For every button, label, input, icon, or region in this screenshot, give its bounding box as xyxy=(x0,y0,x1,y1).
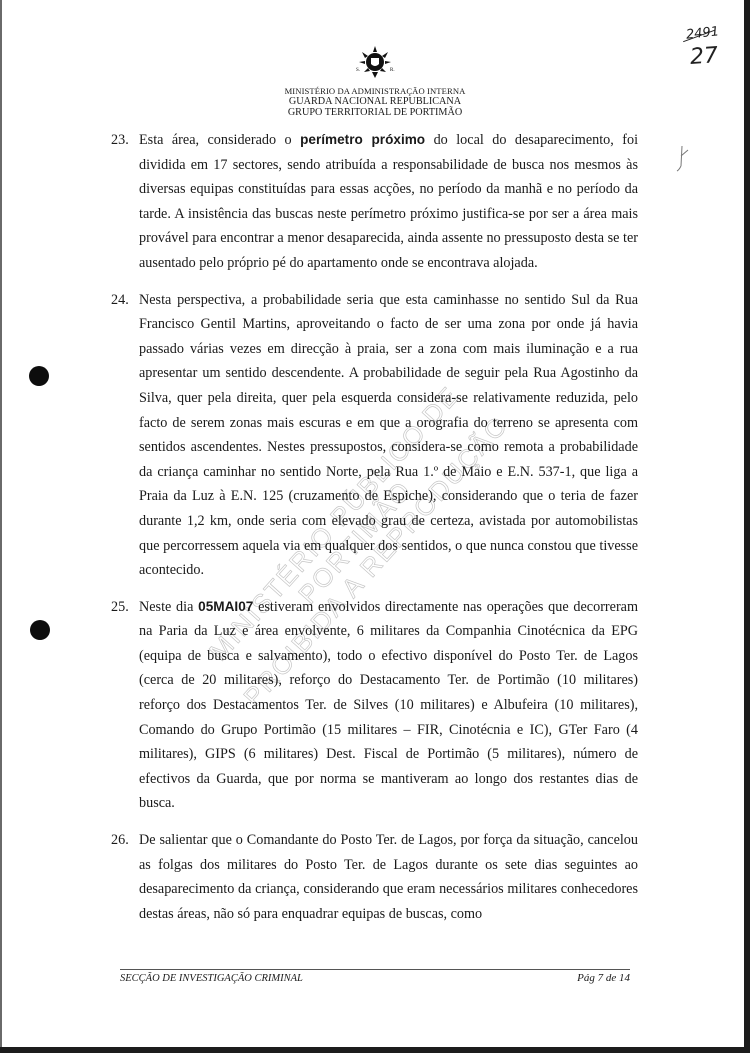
unit-name: GRUPO TERRITORIAL DE PORTIMÃO xyxy=(0,107,750,118)
handwritten-struck-number: 2491 xyxy=(685,24,719,42)
bold-term: perímetro próximo xyxy=(300,132,425,147)
organization-name: GUARDA NACIONAL REPUBLICANA xyxy=(0,96,750,107)
punch-hole-icon xyxy=(30,620,50,640)
paragraph-number: 26. xyxy=(111,828,129,853)
scan-edge-right xyxy=(744,0,750,1053)
paragraph-number: 25. xyxy=(111,595,129,620)
letterhead: S. R. MINISTÉRIO DA ADMINISTRAÇÃO INTERN… xyxy=(0,44,750,118)
paragraph-number: 23. xyxy=(111,128,129,153)
republic-crest-icon: S. R. xyxy=(350,44,400,84)
punch-hole-icon xyxy=(29,366,49,386)
scan-edge-bottom xyxy=(0,1047,750,1053)
footer-section: SECÇÃO DE INVESTIGAÇÃO CRIMINAL xyxy=(120,973,303,984)
footer-divider xyxy=(120,969,630,970)
scan-edge-left xyxy=(0,0,2,1053)
paragraph-23: 23. Esta área, considerado o perímetro p… xyxy=(111,128,638,276)
paragraph-number: 24. xyxy=(111,288,129,313)
bold-date: 05MAI07 xyxy=(198,599,253,614)
paragraph-26: 26. De salientar que o Comandante do Pos… xyxy=(111,828,638,926)
svg-text:S.: S. xyxy=(356,68,360,73)
ministry-name: MINISTÉRIO DA ADMINISTRAÇÃO INTERNA xyxy=(0,86,750,96)
svg-text:R.: R. xyxy=(390,68,395,73)
paragraph-24: 24. Nesta perspectiva, a probabilidade s… xyxy=(111,288,638,583)
paragraph-25: 25. Neste dia 05MAI07 estiveram envolvid… xyxy=(111,595,638,816)
margin-initial-mark-icon xyxy=(676,144,692,174)
document-body: 23. Esta área, considerado o perímetro p… xyxy=(111,128,638,938)
page-number: Pág 7 de 14 xyxy=(570,972,630,984)
